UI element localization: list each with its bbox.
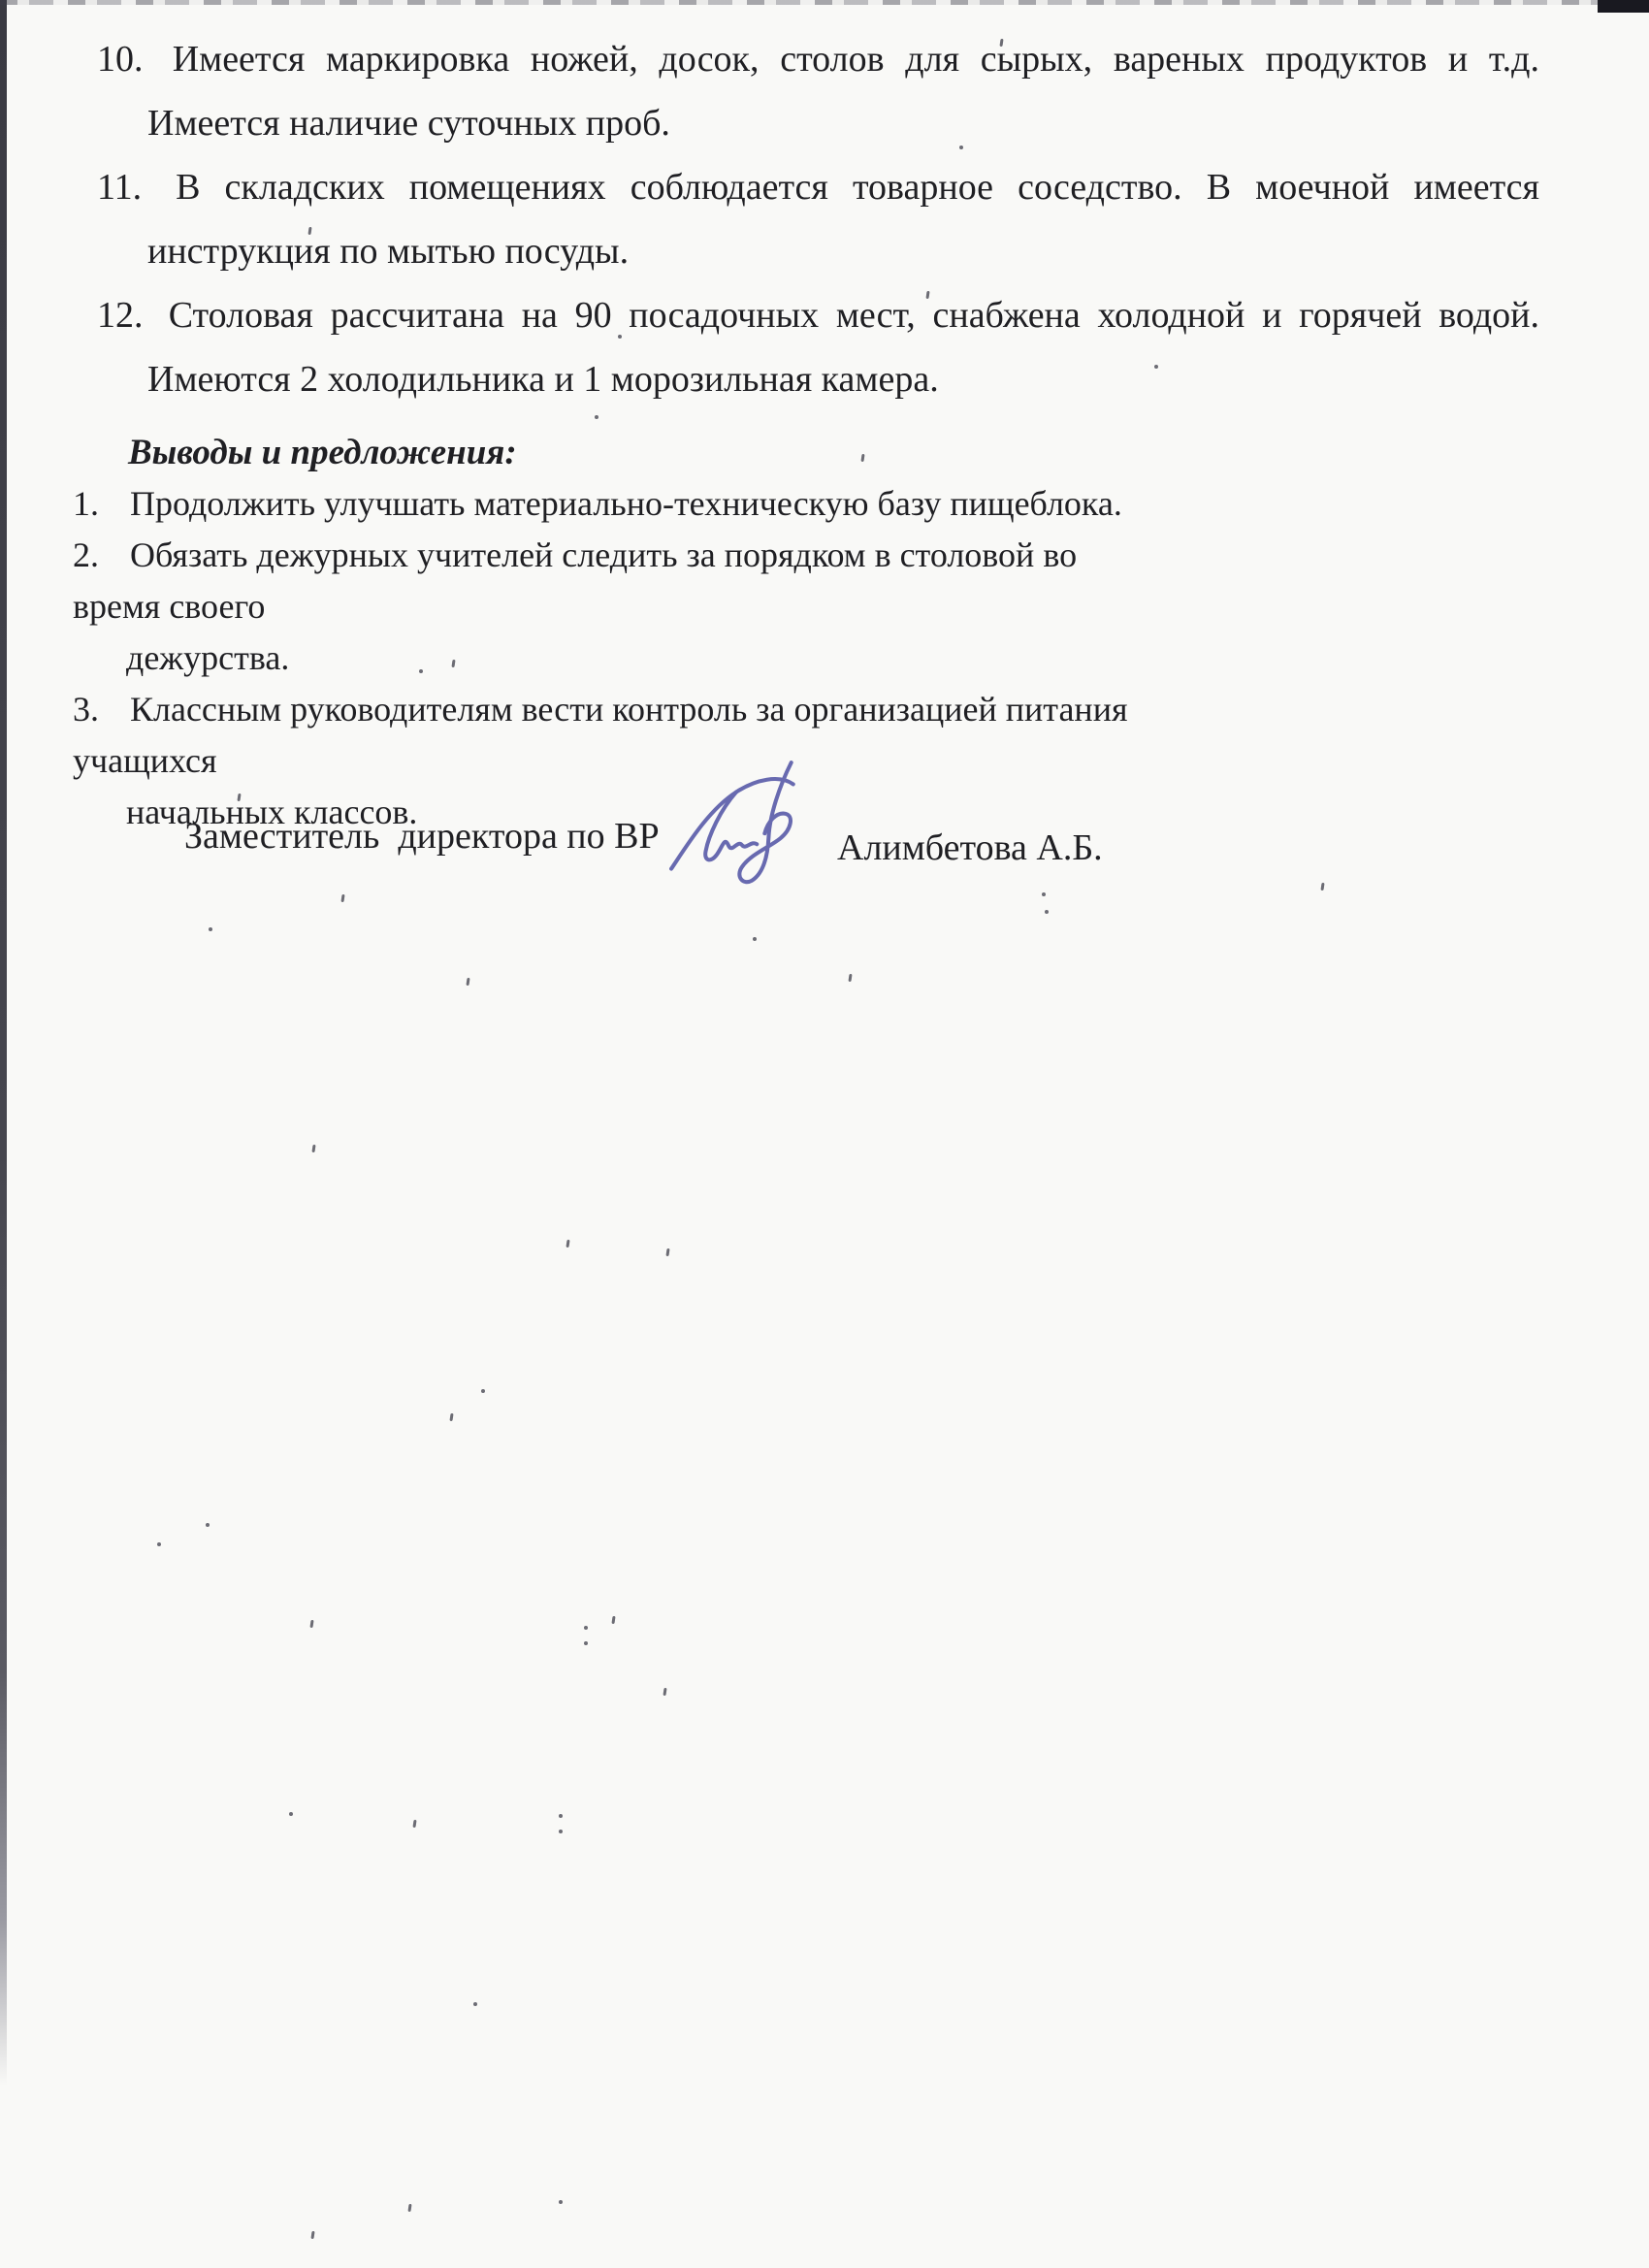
signature-stroke [705, 793, 757, 860]
signatory-name: Алимбетова А.Б. [837, 826, 1103, 869]
item-text: В складских помещениях соблюдается товар… [176, 167, 1539, 208]
item-text: Столовая рассчитана на 90 посадочных мес… [169, 295, 1539, 336]
scan-speck [559, 1814, 563, 1818]
list-item-line: 11. В складских помещениях соблюдается т… [97, 155, 1539, 219]
item-number: 1. [73, 478, 121, 530]
item-text: Имеется маркировка ножей, досок, столов … [173, 39, 1539, 80]
scan-speck [595, 415, 598, 419]
scan-speck [407, 2204, 411, 2212]
scan-speck [481, 1389, 485, 1393]
list-item-line: инструкция по мытью посуды. [147, 219, 1539, 283]
scan-speck [753, 937, 757, 941]
item-number: 3. [73, 684, 121, 735]
scan-speck [559, 1830, 563, 1833]
item-number: 12. [97, 283, 151, 347]
scan-speck [309, 1620, 313, 1628]
item-number: 11. [97, 155, 151, 219]
scan-speck [1045, 910, 1049, 914]
scan-speck [611, 1616, 615, 1624]
item-text: Обязать дежурных учителей следить за пор… [73, 535, 1077, 626]
list-item-line: дежурства. [126, 632, 1164, 684]
scan-speck [289, 1812, 293, 1816]
list-item-line: 12. Столовая рассчитана на 90 посадочных… [97, 283, 1539, 347]
item-text: Классным руководителям вести контроль за… [73, 690, 1128, 780]
scan-speck [473, 2002, 477, 2006]
scan-speck [419, 669, 423, 673]
scan-speck [1154, 365, 1158, 369]
scan-speck [209, 927, 212, 931]
list-item-line: 3. Классным руководителям вести контроль… [73, 684, 1164, 787]
signature-ink-icon [665, 759, 813, 896]
scan-speck [848, 974, 852, 982]
item-number: 10. [97, 27, 151, 91]
scan-speck [1320, 883, 1324, 891]
inspection-findings-list: 10. Имеется маркировка ножей, досок, сто… [97, 27, 1539, 411]
list-item-line: 10. Имеется маркировка ножей, досок, сто… [97, 27, 1539, 91]
scan-speck [663, 1688, 666, 1696]
scan-speck [310, 2231, 314, 2239]
scan-speck [311, 1145, 315, 1152]
conclusions-section: Выводы и предложения: 1. Продолжить улуч… [73, 427, 1164, 838]
list-item-line: Имеются 2 холодильника и 1 морозильная к… [147, 347, 1539, 411]
scan-top-edge-shadow [0, 0, 1649, 5]
scan-speck [340, 894, 344, 902]
scan-speck [959, 146, 963, 149]
scan-left-edge-shadow [0, 0, 7, 2086]
scan-speck [449, 1413, 453, 1421]
scan-speck [412, 1820, 416, 1828]
list-item: 10. Имеется маркировка ножей, досок, сто… [97, 27, 1539, 155]
list-item: 11. В складских помещениях соблюдается т… [97, 155, 1539, 283]
signatory-title: Заместитель директора по ВР [184, 815, 660, 858]
item-number: 2. [73, 530, 121, 581]
scan-speck [584, 1641, 588, 1645]
list-item-line: 1. Продолжить улучшать материально-техни… [73, 478, 1164, 530]
list-item-line: 2. Обязать дежурных учителей следить за … [73, 530, 1164, 632]
scanned-report-page: { "page": { "paper_color": "#f9f9f7", "t… [0, 0, 1649, 2268]
list-item: 12. Столовая рассчитана на 90 посадочных… [97, 283, 1539, 411]
list-item: 1. Продолжить улучшать материально-техни… [73, 478, 1164, 530]
conclusions-heading: Выводы и предложения: [128, 427, 1164, 478]
list-item: 2. Обязать дежурных учителей следить за … [73, 530, 1164, 684]
scan-speck [665, 1248, 669, 1256]
scan-speck [1042, 892, 1046, 896]
scan-speck [566, 1240, 569, 1247]
scan-speck [584, 1626, 588, 1630]
item-text: Продолжить улучшать материально-техничес… [130, 484, 1122, 523]
scan-speck [466, 978, 469, 986]
scan-speck [206, 1523, 210, 1527]
scan-speck [559, 2200, 563, 2204]
signature-stroke [671, 779, 793, 869]
scan-corner-mark [1598, 0, 1649, 13]
list-item-line: Имеется наличие суточных проб. [147, 91, 1539, 155]
scan-speck [618, 335, 622, 339]
scan-speck [157, 1542, 161, 1546]
